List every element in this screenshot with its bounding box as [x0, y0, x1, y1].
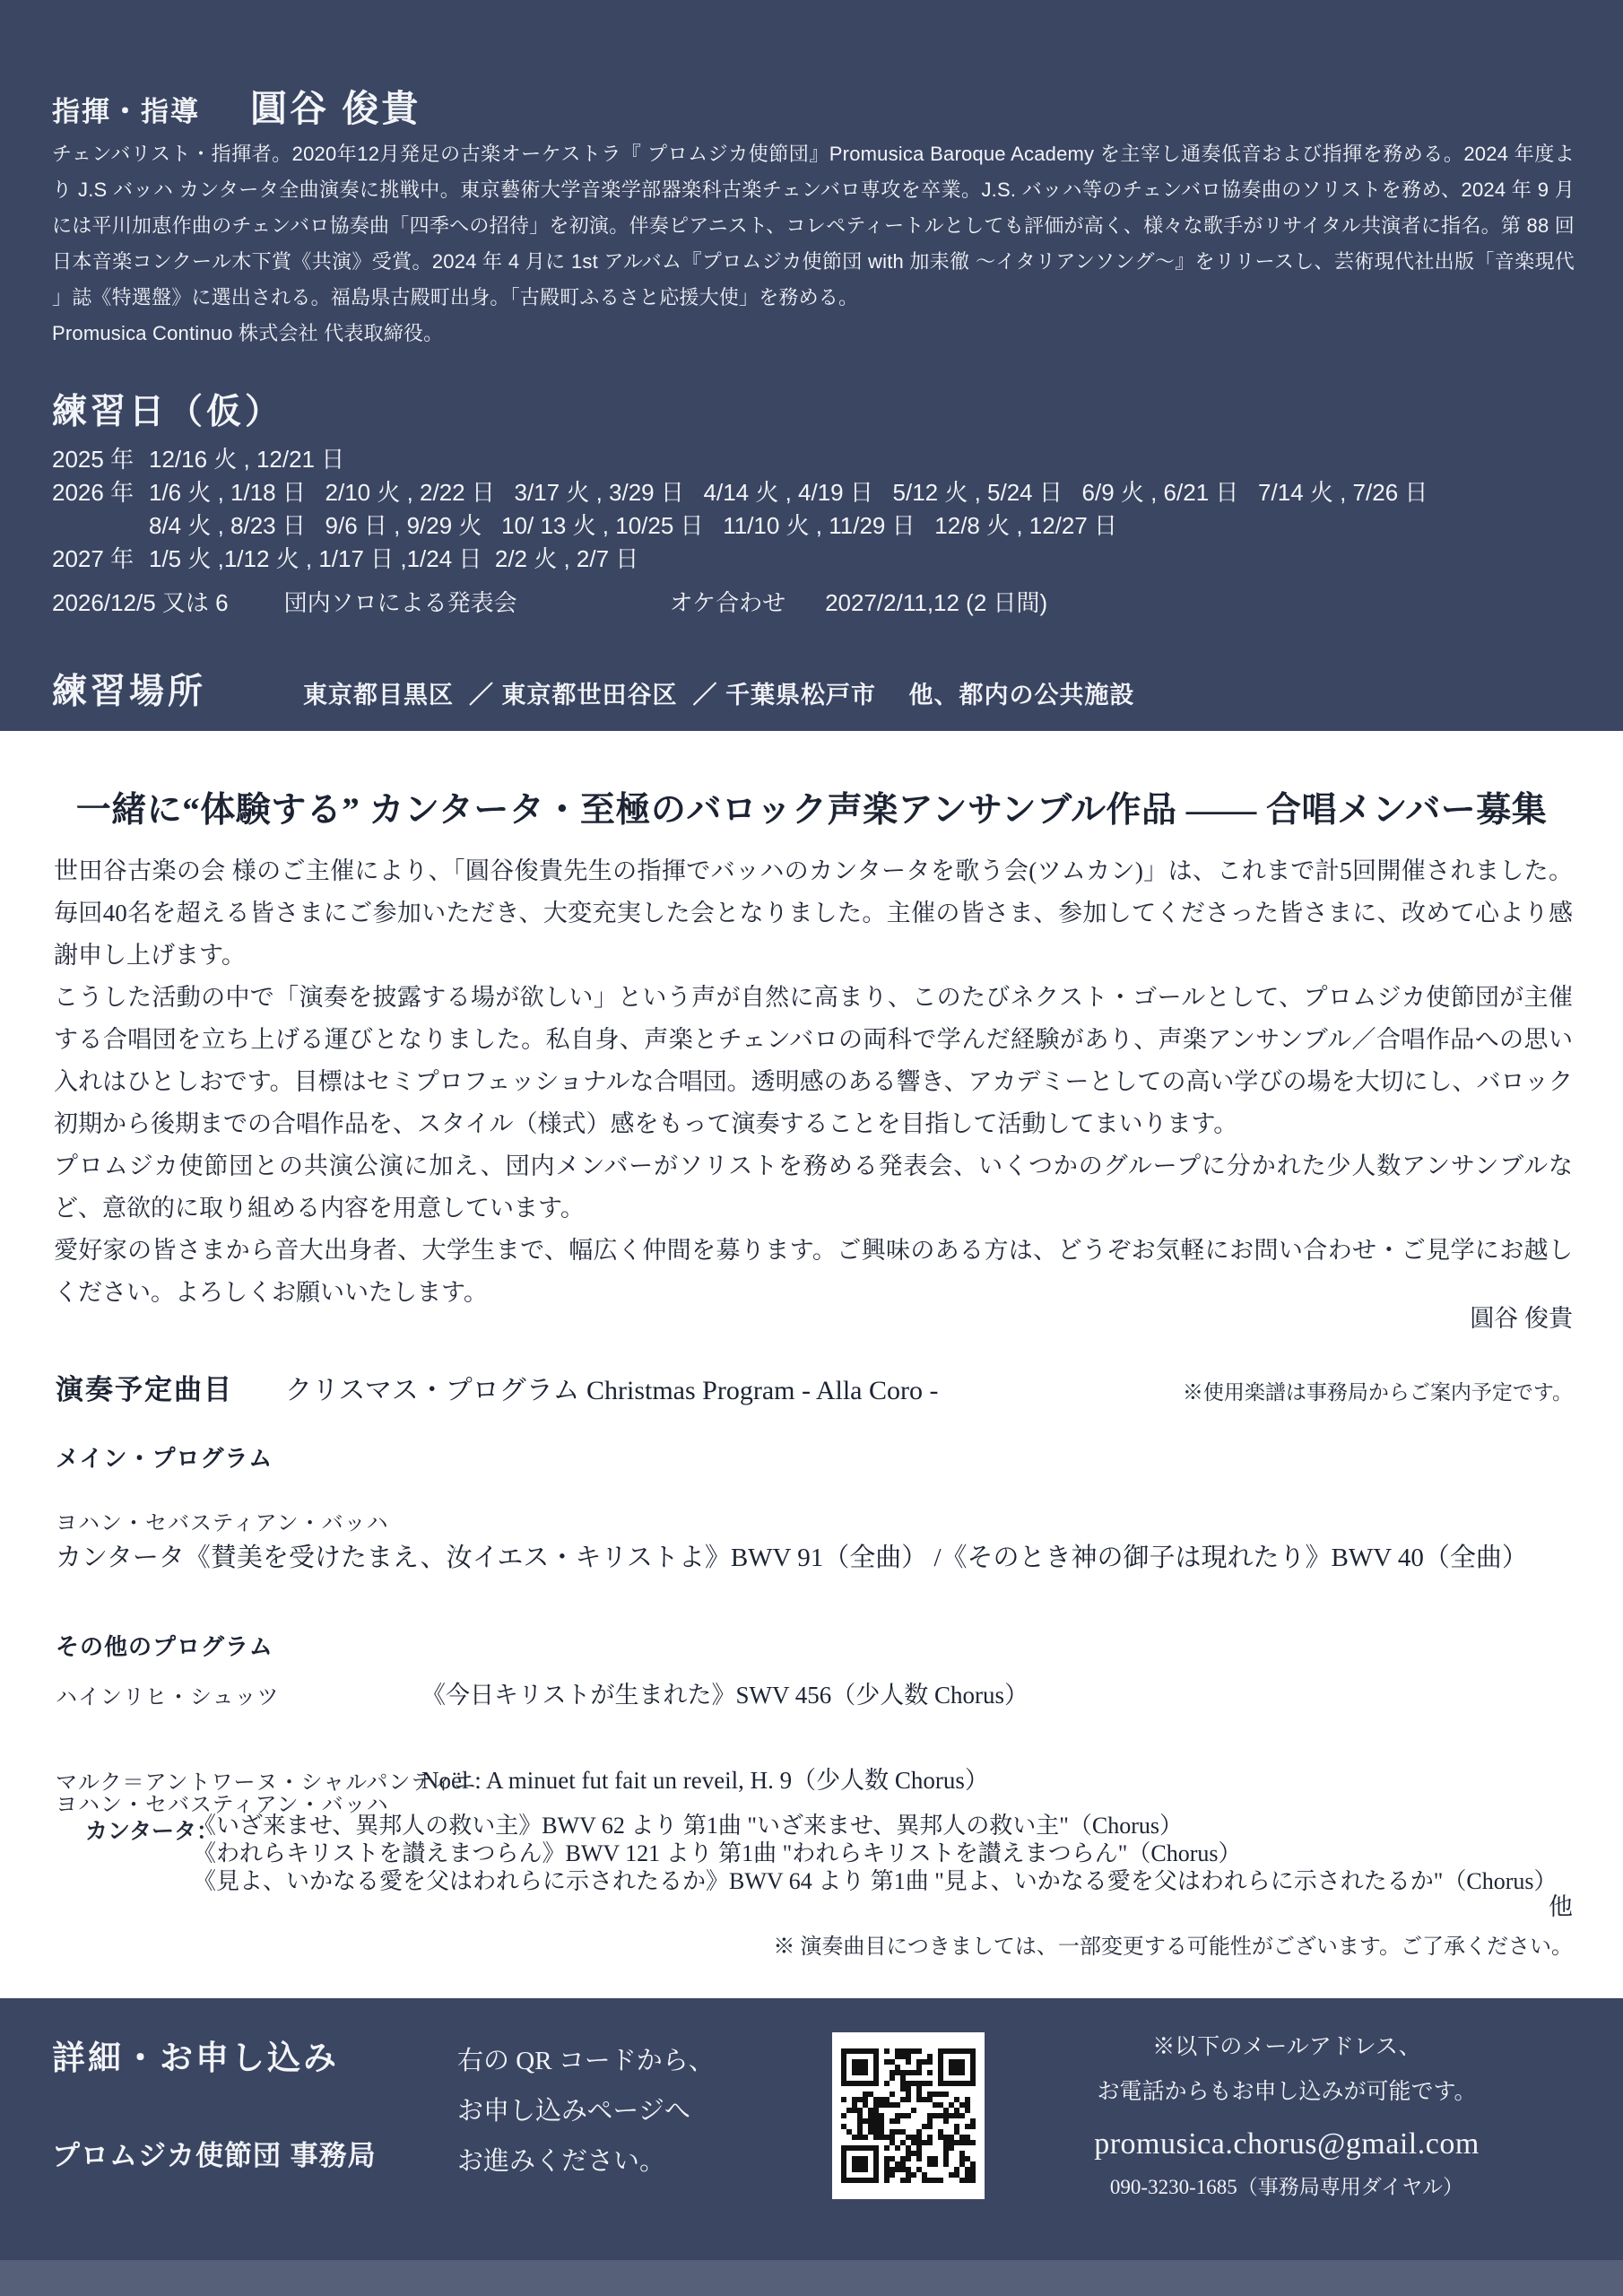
schedule-row: 2025 年 12/16 火 , 12/21 日 — [52, 443, 1428, 476]
schedule-dates: 8/4 火 , 8/23 日 9/6 日 , 9/29 火 10/ 13 火 ,… — [149, 509, 1117, 543]
schedule-dates: 1/5 火 ,1/12 火 , 1/17 日 ,1/24 日 2/2 火 , 2… — [149, 543, 638, 576]
cantata-item: 《われらキリストを讃えまつらん》BWV 121 より 第1曲 "われらキリストを… — [193, 1839, 1558, 1867]
program-header: 演奏予定曲目 クリスマス・プログラム Christmas Program - A… — [56, 1367, 938, 1407]
recruit-headline: 一緒に“体験する” カンタータ・至極のバロック声楽アンサンブル作品 —— 合唱メ… — [0, 782, 1623, 832]
program-item-work: Noël : A minuet fut fait un reveil, H. 9… — [421, 1761, 989, 1796]
conductor-role-label: 指揮・指導 — [52, 89, 200, 129]
main-program-composer: ヨハン・セバスティアン・バッハ — [56, 1505, 389, 1536]
change-note: ※ 演奏曲目につきましては、一部変更する可能性がございます。ご了承ください。 — [773, 1928, 1573, 1960]
schedule-year: 2026 年 — [52, 476, 149, 509]
conductor-section: 指揮・指導 圓谷 俊貴 チェンバリスト・指揮者。2020年12月発足の古楽オーケ… — [0, 0, 1623, 731]
recruit-paragraph: 愛好家の皆さまから音大出身者、大学生まで、幅広く仲間を募ります。ご興味のある方は… — [54, 1230, 1573, 1314]
program-heading: 演奏予定曲目 — [56, 1367, 233, 1407]
schedule-extra-row: 2026/12/5 又は 6 団内ソロによる発表会 オケ合わせ 2027/2/1… — [52, 585, 1047, 618]
schedule-dates: 12/16 火 , 12/21 日 — [149, 443, 344, 476]
schedule-table: 2025 年 12/16 火 , 12/21 日 2026 年 1/6 火 , … — [52, 443, 1428, 576]
footer-bottom-band — [0, 2260, 1623, 2296]
conductor-bio-text: チェンバリスト・指揮者。2020年12月発足の古楽オーケストラ『 プロムジカ使節… — [52, 136, 1575, 316]
score-note: ※使用楽譜は事務局からご案内予定です。 — [1183, 1376, 1573, 1405]
qr-code-icon — [841, 2048, 976, 2183]
cantata-item: 《いざ来ませ、異邦人の救い主》BWV 62 より 第1曲 "いざ来ませ、異邦人の… — [193, 1812, 1558, 1839]
contact-email: promusica.chorus@gmail.com — [1000, 2127, 1574, 2161]
etc-label: 他 — [1549, 1887, 1573, 1922]
qr-instruction-line: お進みください。 — [457, 2136, 715, 2187]
schedule-year: 2025 年 — [52, 443, 149, 476]
recital-date: 2026/12/5 又は 6 — [52, 585, 229, 618]
conductor-name: 圓谷 俊貴 — [250, 79, 421, 132]
recruit-paragraph: プロムジカ使節団との共演公演に加え、団内メンバーがソリストを務める発表会、いくつ… — [54, 1145, 1573, 1230]
signature: 圓谷 俊貴 — [1470, 1299, 1573, 1334]
main-program-work: カンタータ《賛美を受けたまえ、汝イエス・キリストよ》BWV 91（全曲） /《そ… — [56, 1537, 1528, 1574]
location-heading: 練習場所 — [52, 664, 206, 714]
conductor-bio-company: Promusica Continuo 株式会社 代表取締役。 — [52, 316, 1575, 352]
orchestra-rehearsal-date: 2027/2/11,12 (2 日間) — [825, 585, 1047, 618]
program-subtitle: クリスマス・プログラム Christmas Program - Alla Cor… — [285, 1368, 938, 1407]
schedule-dates: 1/6 火 , 1/18 日 2/10 火 , 2/22 日 3/17 火 , … — [149, 476, 1428, 509]
qr-instruction-line: 右の QR コードから、 — [457, 2036, 715, 2086]
location-text: 東京都目黒区 ／ 東京都世田谷区 ／ 千葉県松戸市 他、都内の公共施設 — [303, 675, 1135, 710]
contact-note-line: ※以下のメールアドレス、 — [1000, 2025, 1574, 2070]
other-program-heading: その他のプログラム — [56, 1629, 273, 1662]
schedule-row: 2026 年 1/6 火 , 1/18 日 2/10 火 , 2/22 日 3/… — [52, 476, 1428, 509]
cantata-list: 《いざ来ませ、異邦人の救い主》BWV 62 より 第1曲 "いざ来ませ、異邦人の… — [193, 1812, 1558, 1895]
schedule-year: 2027 年 — [52, 543, 149, 576]
orchestra-rehearsal-label: オケ合わせ — [670, 585, 785, 618]
qr-instruction-line: お申し込みページへ — [457, 2086, 715, 2136]
schedule-year — [52, 509, 149, 543]
contact-phone: 090-3230-1685（事務局専用ダイヤル） — [1000, 2170, 1574, 2200]
schedule-heading: 練習日（仮） — [52, 384, 283, 434]
schedule-row: 2027 年 1/5 火 ,1/12 火 , 1/17 日 ,1/24 日 2/… — [52, 543, 1428, 576]
program-item-work: 《今日キリストが生まれた》SWV 456（少人数 Chorus） — [421, 1675, 1028, 1710]
main-program-heading: メイン・プログラム — [56, 1440, 273, 1474]
footer-contact: ※以下のメールアドレス、 お電話からもお申し込みが可能です。 promusica… — [1000, 2025, 1574, 2200]
program-item-composer: ハインリヒ・シュッツ — [56, 1685, 280, 1709]
footer-office: プロムジカ使節団 事務局 — [52, 2133, 377, 2173]
schedule-row: 8/4 火 , 8/23 日 9/6 日 , 9/29 火 10/ 13 火 ,… — [52, 509, 1428, 543]
location-row: 練習場所 東京都目黒区 ／ 東京都世田谷区 ／ 千葉県松戸市 他、都内の公共施設 — [52, 664, 1135, 714]
recruit-paragraph: 世田谷古楽の会 様のご主催により、「圓谷俊貴先生の指揮でバッハのカンタータを歌う… — [54, 850, 1573, 977]
recruit-paragraph: こうした活動の中で「演奏を披露する場が欲しい」という声が自然に高まり、このたびネ… — [54, 977, 1573, 1145]
recital-event: 団内ソロによる発表会 — [284, 585, 517, 618]
program-item: ハインリヒ・シュッツ 《今日キリストが生まれた》SWV 456（少人数 Chor… — [56, 1679, 1571, 1710]
contact-note-line: お電話からもお申し込みが可能です。 — [1000, 2070, 1574, 2115]
conductor-header: 指揮・指導 圓谷 俊貴 — [52, 79, 421, 132]
cantata-item: 《見よ、いかなる愛を父はわれらに示されたるか》BWV 64 より 第1曲 "見よ… — [193, 1867, 1558, 1895]
conductor-bio: チェンバリスト・指揮者。2020年12月発足の古楽オーケストラ『 プロムジカ使節… — [52, 136, 1575, 352]
footer-heading: 詳細・お申し込み — [52, 2031, 339, 2079]
flyer-page: 指揮・指導 圓谷 俊貴 チェンバリスト・指揮者。2020年12月発足の古楽オーケ… — [0, 0, 1623, 2296]
qr-instructions: 右の QR コードから、 お申し込みページへ お進みください。 — [457, 2036, 715, 2187]
recruit-body: 世田谷古楽の会 様のご主催により、「圓谷俊貴先生の指揮でバッハのカンタータを歌う… — [54, 850, 1573, 1314]
qr-code-panel — [832, 2032, 985, 2199]
